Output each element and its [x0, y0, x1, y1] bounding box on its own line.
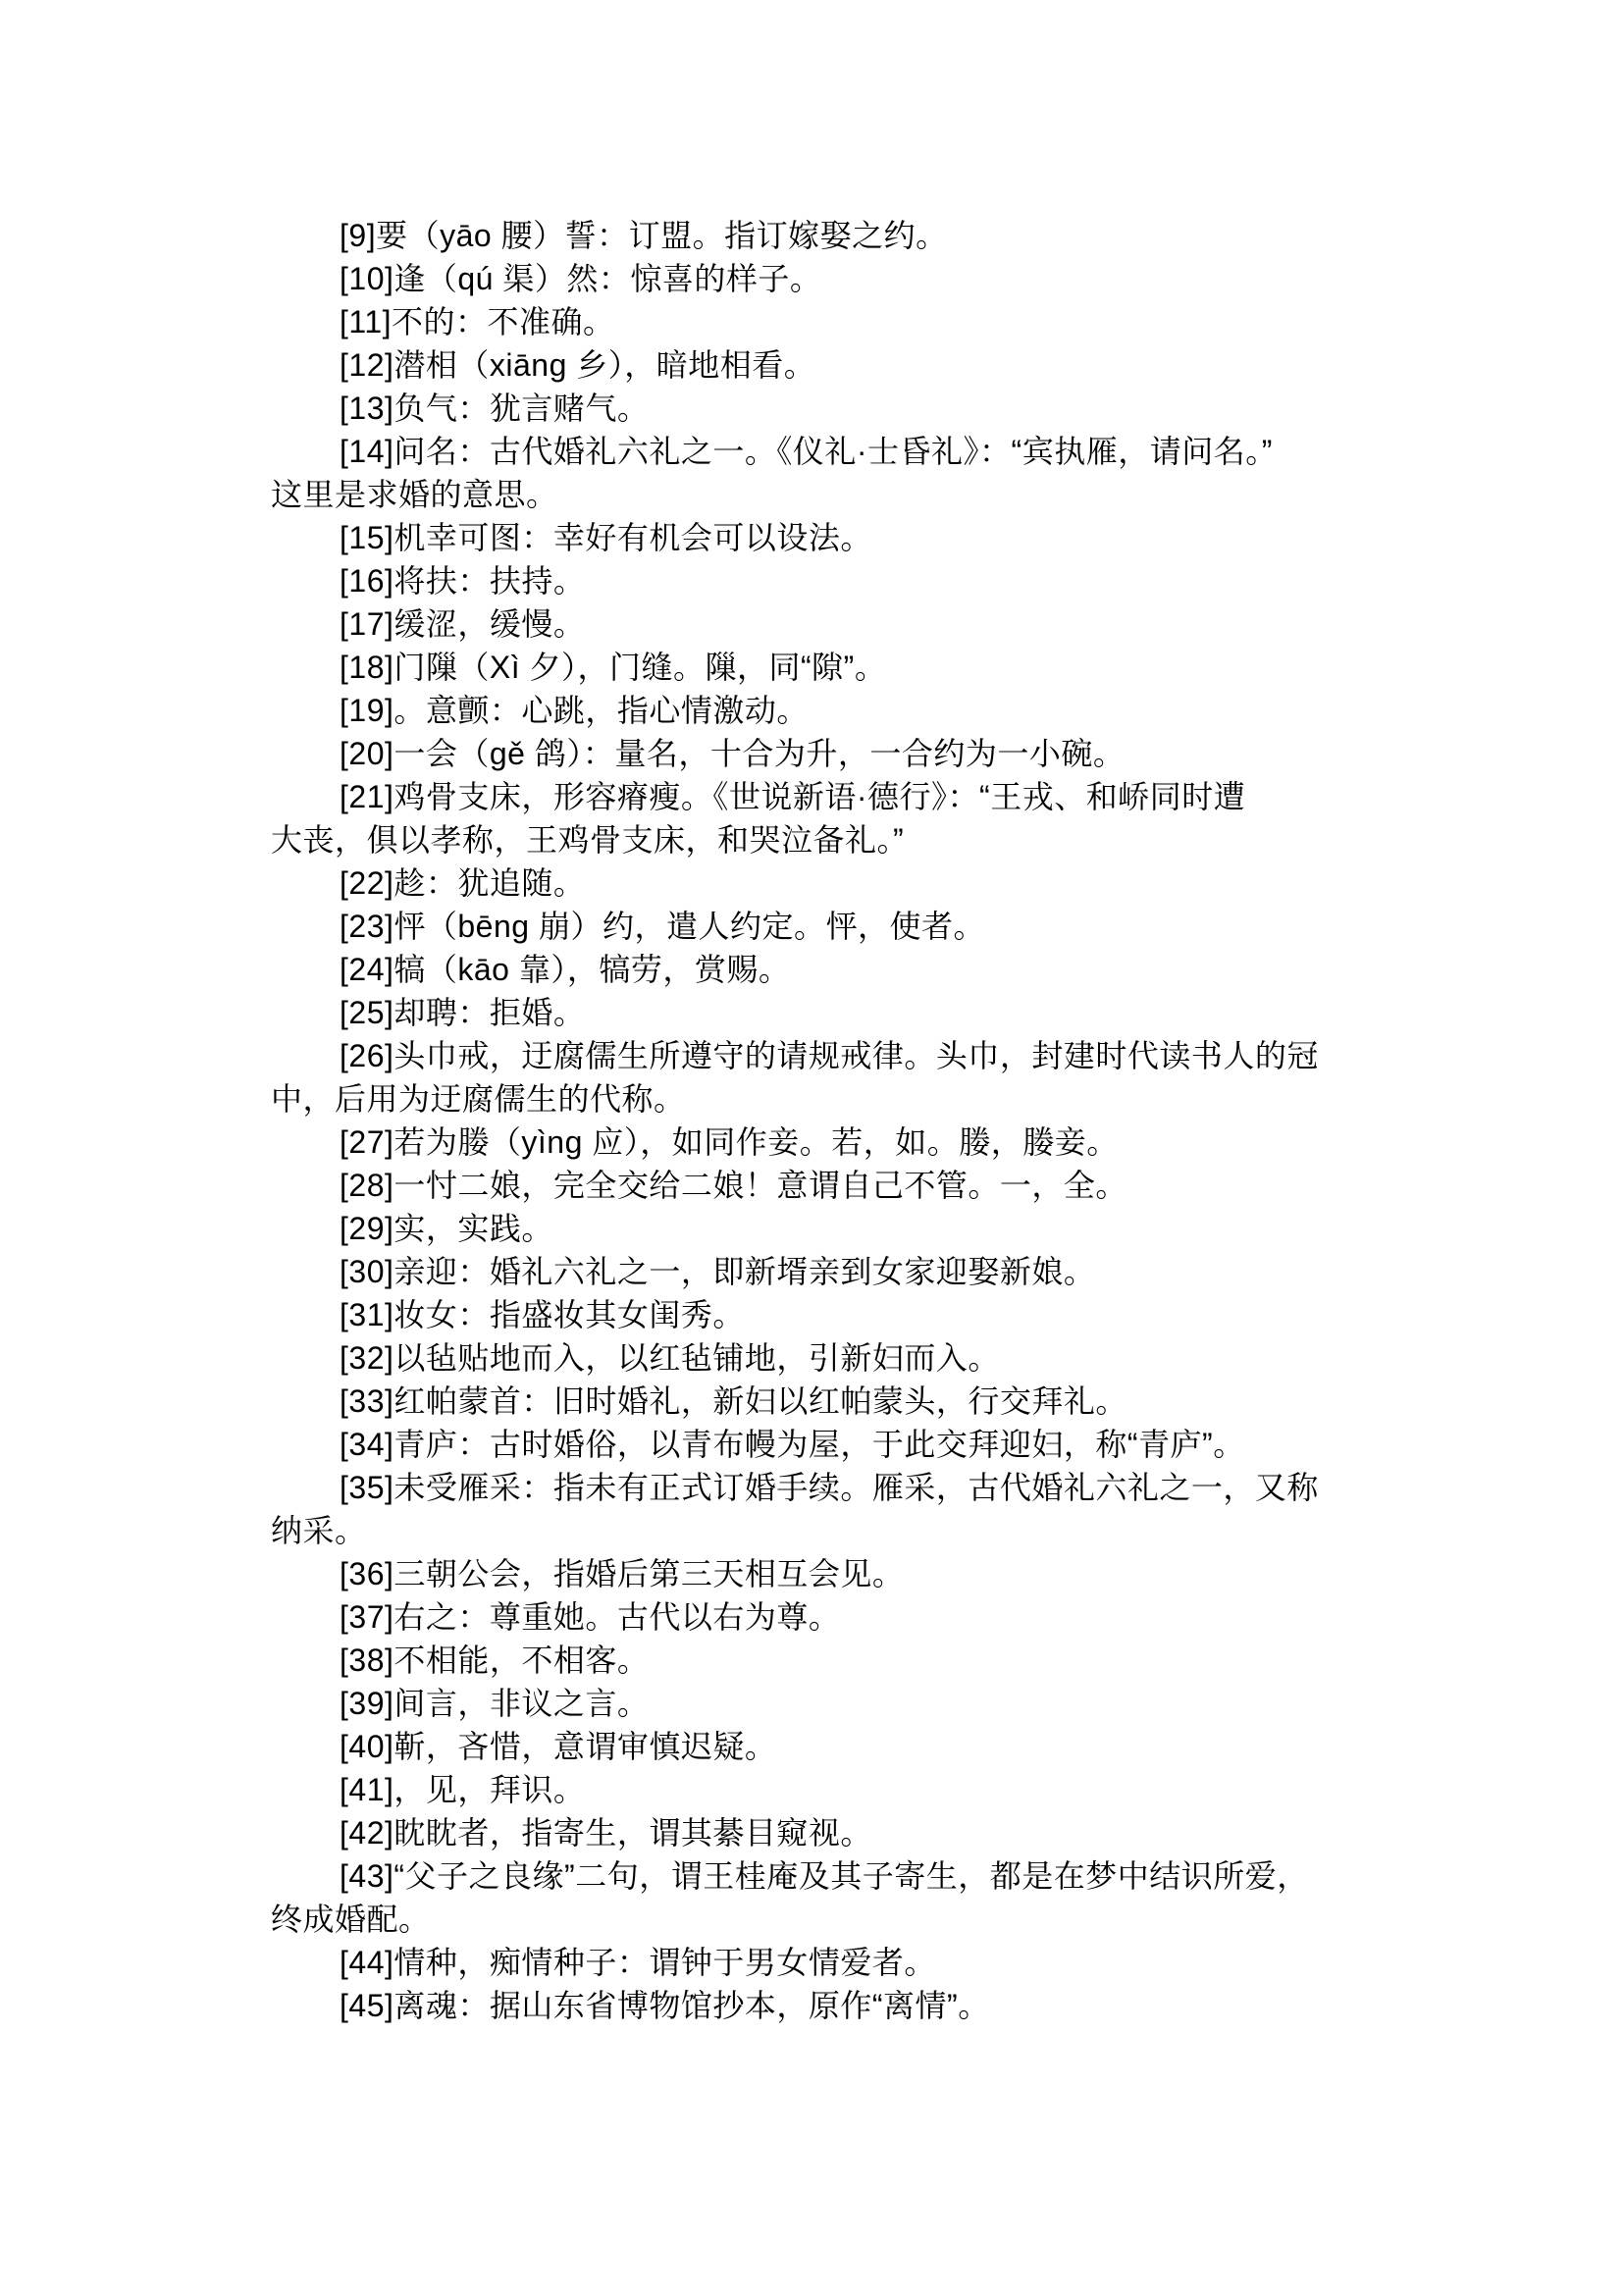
footnote-line: [23]怦（bēng 崩）约，遣人约定。怦，使者。 [271, 905, 1361, 948]
footnote-line: [14]问名：古代婚礼六礼之一。《仪礼·士昏礼》：“宾执雁，请问名。” [271, 430, 1361, 473]
footnote-line: [11]不的：不准确。 [271, 300, 1361, 343]
footnote-line: [39]间言，非议之言。 [271, 1682, 1361, 1725]
footnote-line: [32]以毡贴地而入，以红毡铺地，引新妇而入。 [271, 1336, 1361, 1380]
footnote-line: [16]将扶：扶持。 [271, 559, 1361, 602]
footnote-line: 这里是求婚的意思。 [271, 473, 1361, 516]
footnotes-section: [9]要（yāo 腰）誓：订盟。指订嫁娶之约。[10]逢（qú 渠）然：惊喜的样… [271, 214, 1361, 2027]
footnote-line: [36]三朝公会，指婚后第三天相互会见。 [271, 1552, 1361, 1595]
footnote-line: [44]情种，痴情种子：谓钟于男女情爱者。 [271, 1941, 1361, 1984]
footnote-line: 中，后用为迂腐儒生的代称。 [271, 1077, 1361, 1121]
footnote-line: [27]若为媵（yìng 应），如同作妾。若，如。媵，媵妾。 [271, 1121, 1361, 1164]
footnote-line: [18]门隟（Xì 夕），门缝。隟，同“隙”。 [271, 646, 1361, 689]
footnote-line: [42]眈眈者，指寄生，谓其綦目窥视。 [271, 1811, 1361, 1854]
footnote-line: [26]头巾戒，迂腐儒生所遵守的请规戒律。头巾，封建时代读书人的冠 [271, 1034, 1361, 1077]
footnote-line: [13]负气：犹言赌气。 [271, 387, 1361, 430]
footnote-line: [25]却聘：拒婚。 [271, 991, 1361, 1034]
footnote-line: [21]鸡骨支床，形容瘠瘦。《世说新语·德行》：“王戎、和峤同时遭 [271, 775, 1361, 818]
footnote-line: [15]机幸可图：幸好有机会可以设法。 [271, 516, 1361, 559]
footnote-line: [17]缓涩，缓慢。 [271, 602, 1361, 646]
footnote-line: [22]趁：犹追随。 [271, 861, 1361, 905]
footnote-line: [40]靳，吝惜，意谓审慎迟疑。 [271, 1725, 1361, 1768]
footnote-line: [35]未受雁采：指未有正式订婚手续。雁采，古代婚礼六礼之一，又称 [271, 1466, 1361, 1509]
footnote-line: [37]右之：尊重她。古代以右为尊。 [271, 1595, 1361, 1639]
document-page: [9]要（yāo 腰）誓：订盟。指订嫁娶之约。[10]逢（qú 渠）然：惊喜的样… [0, 0, 1624, 2294]
footnote-line: [43]“父子之良缘”二句，谓王桂庵及其子寄生，都是在梦中结识所爱， [271, 1854, 1361, 1898]
footnote-line: [12]潜相（xiāng 乡），暗地相看。 [271, 343, 1361, 387]
footnote-line: [34]青庐：古时婚俗，以青布幔为屋，于此交拜迎妇，称“青庐”。 [271, 1423, 1361, 1466]
footnote-line: [45]离魂：据山东省博物馆抄本，原作“离情”。 [271, 1984, 1361, 2027]
footnote-line: [20]一会（gě 鸽）：量名，十合为升，一合约为一小碗。 [271, 732, 1361, 775]
footnote-line: [41]，见，拜识。 [271, 1768, 1361, 1811]
footnote-line: [33]红帕蒙首：旧时婚礼，新妇以红帕蒙头，行交拜礼。 [271, 1380, 1361, 1423]
footnote-line: [31]妆女：指盛妆其女闺秀。 [271, 1293, 1361, 1336]
footnote-line: [30]亲迎：婚礼六礼之一，即新壻亲到女家迎娶新娘。 [271, 1250, 1361, 1293]
footnote-line: [19]。意颤：心跳，指心情激动。 [271, 689, 1361, 732]
footnote-line: [9]要（yāo 腰）誓：订盟。指订嫁娶之约。 [271, 214, 1361, 257]
footnote-line: [10]逢（qú 渠）然：惊喜的样子。 [271, 257, 1361, 300]
footnote-line: 大丧，俱以孝称，王鸡骨支床，和哭泣备礼。” [271, 818, 1361, 861]
footnote-line: 纳采。 [271, 1509, 1361, 1552]
footnote-line: [38]不相能，不相客。 [271, 1639, 1361, 1682]
footnote-line: [28]一忖二娘，完全交给二娘！意谓自己不管。一，全。 [271, 1164, 1361, 1207]
footnote-line: 终成婚配。 [271, 1898, 1361, 1941]
footnote-line: [29]实，实践。 [271, 1207, 1361, 1250]
footnote-line: [24]犒（kāo 靠），犒劳，赏赐。 [271, 948, 1361, 991]
